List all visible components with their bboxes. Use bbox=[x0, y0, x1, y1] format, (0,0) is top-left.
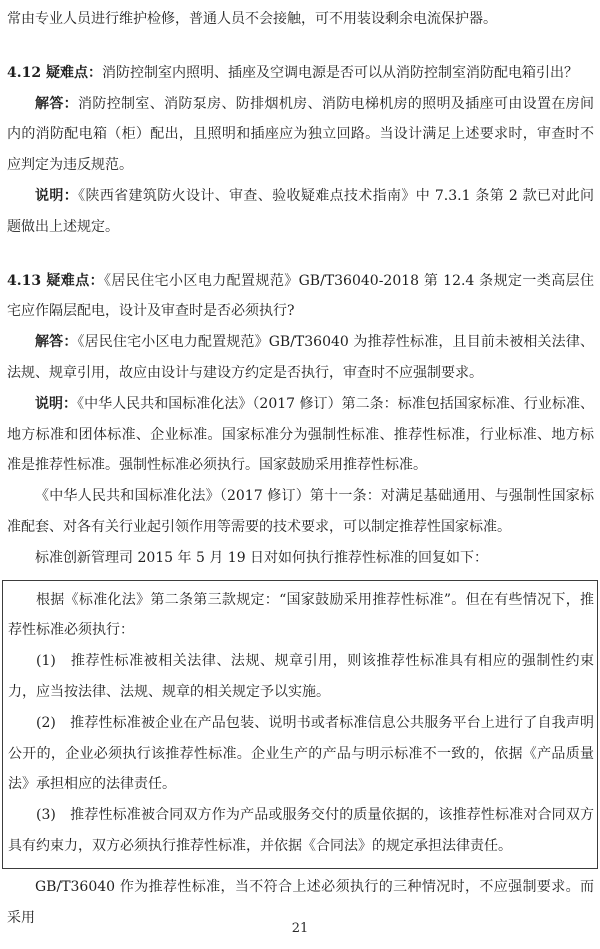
quote-item-1: (1) 推荐性标准被相关法律、法规、规章引用，则该推荐性标准具有相应的强制性约束… bbox=[8, 646, 594, 708]
section-412-note: 说明：《陕西省建筑防火设计、审查、验收疑难点技术指南》中 7.3.1 条第 2 … bbox=[7, 181, 594, 243]
section-412-heading: 4.12 疑难点：消防控制室内照明、插座及空调电源是否可以从消防控制室消防配电箱… bbox=[7, 58, 594, 89]
section-412-label: 疑难点： bbox=[41, 65, 102, 81]
section-412-question: 消防控制室内照明、插座及空调电源是否可以从消防控制室消防配电箱引出？ bbox=[102, 65, 578, 81]
section-413-note2: 《中华人民共和国标准化法》（2017 修订）第十一条：对满足基础通用、与强制性国… bbox=[7, 481, 594, 543]
section-413-heading: 4.13 疑难点：《居民住宅小区电力配置规范》GB/T36040-2018 第 … bbox=[7, 266, 594, 328]
note-text: 《陕西省建筑防火设计、审查、验收疑难点技术指南》中 7.3.1 条第 2 款已对… bbox=[7, 188, 594, 235]
note-label: 说明： bbox=[35, 188, 78, 204]
note-text: 《中华人民共和国标准化法》（2017 修订）第二条：标准包括国家标准、行业标准、… bbox=[7, 396, 594, 474]
page-number: 21 bbox=[0, 922, 600, 936]
section-413-note: 说明：《中华人民共和国标准化法》（2017 修订）第二条：标准包括国家标准、行业… bbox=[7, 389, 594, 481]
answer-label: 解答： bbox=[35, 334, 77, 350]
note-label: 说明： bbox=[35, 396, 77, 412]
document-page: 常由专业人员进行维护检修，普通人员不会接触，可不用装设剩余电流保护器。 4.12… bbox=[0, 0, 600, 949]
answer-label: 解答： bbox=[35, 96, 78, 112]
quote-item-3: (3) 推荐性标准被合同双方作为产品或服务交付的质量依据的，该推荐性标准对合同双… bbox=[8, 800, 594, 862]
quote-box: 根据《标准化法》第二条第三款规定：“国家鼓励采用推荐性标准”。但在有些情况下，推… bbox=[2, 580, 598, 869]
section-413-note3: 标准创新管理司 2015 年 5 月 19 日对如何执行推荐性标准的回复如下： bbox=[7, 543, 594, 574]
quote-item-2: (2) 推荐性标准被企业在产品包装、说明书或者标准信息公共服务平台上进行了自我声… bbox=[8, 708, 594, 800]
answer-text: 消防控制室、消防泵房、防排烟机房、消防电梯机房的照明及插座可由设置在房间内的消防… bbox=[7, 96, 594, 174]
answer-text: 《居民住宅小区电力配置规范》GB/T36040 为推荐性标准，且目前未被相关法律… bbox=[7, 334, 594, 381]
section-413-label: 疑难点： bbox=[41, 273, 104, 289]
quote-intro: 根据《标准化法》第二条第三款规定：“国家鼓励采用推荐性标准”。但在有些情况下，推… bbox=[8, 585, 594, 647]
section-413-answer: 解答：《居民住宅小区电力配置规范》GB/T36040 为推荐性标准，且目前未被相… bbox=[7, 327, 594, 389]
section-412-number: 4.12 bbox=[7, 65, 41, 81]
continuation-paragraph: 常由专业人员进行维护检修，普通人员不会接触，可不用装设剩余电流保护器。 bbox=[7, 4, 594, 35]
section-413-number: 4.13 bbox=[7, 273, 41, 289]
section-412-answer: 解答：消防控制室、消防泵房、防排烟机房、消防电梯机房的照明及插座可由设置在房间内… bbox=[7, 89, 594, 181]
